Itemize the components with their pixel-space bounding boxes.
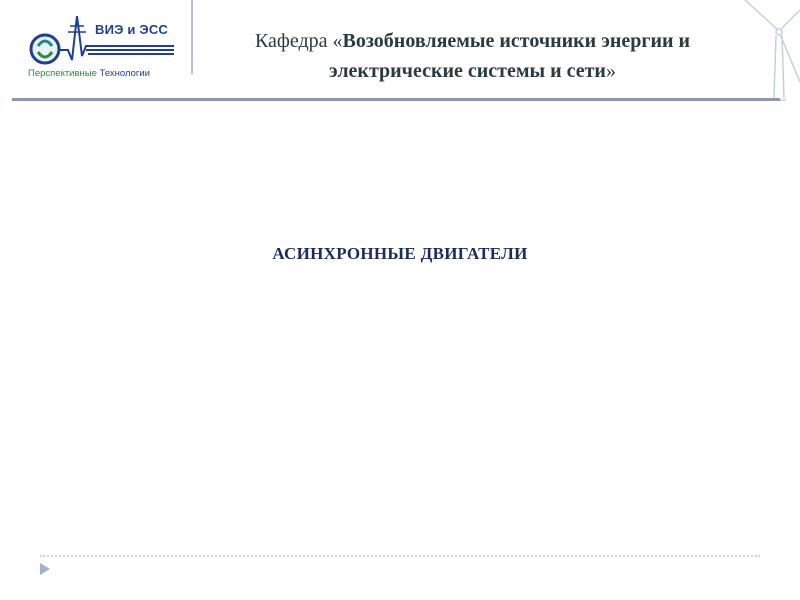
wind-turbine-icon (700, 0, 800, 104)
footer-dotted-divider (40, 555, 760, 557)
logo-bottom-text: Перспективные Технологии (28, 68, 150, 79)
title-suffix: » (606, 60, 616, 82)
department-logo: ВИЭ и ЭСС Перспективные Технологии (28, 16, 174, 82)
header-horizontal-divider (12, 98, 780, 101)
department-title: Кафедра «Возобновляемые источники энерги… (200, 26, 745, 86)
slide-title: АСИНХРОННЫЕ ДВИГАТЕЛИ (0, 244, 800, 264)
logo-bottom-text-green: Перспективные (28, 68, 97, 79)
title-bold: Возобновляемые источники энергии и элект… (329, 30, 690, 82)
logo-top-text: ВИЭ и ЭСС (95, 22, 168, 37)
title-prefix: Кафедра « (255, 30, 343, 52)
play-triangle-icon[interactable] (40, 563, 50, 575)
header-vertical-divider (191, 0, 193, 74)
logo-bottom-text-blue: Технологии (100, 68, 150, 79)
